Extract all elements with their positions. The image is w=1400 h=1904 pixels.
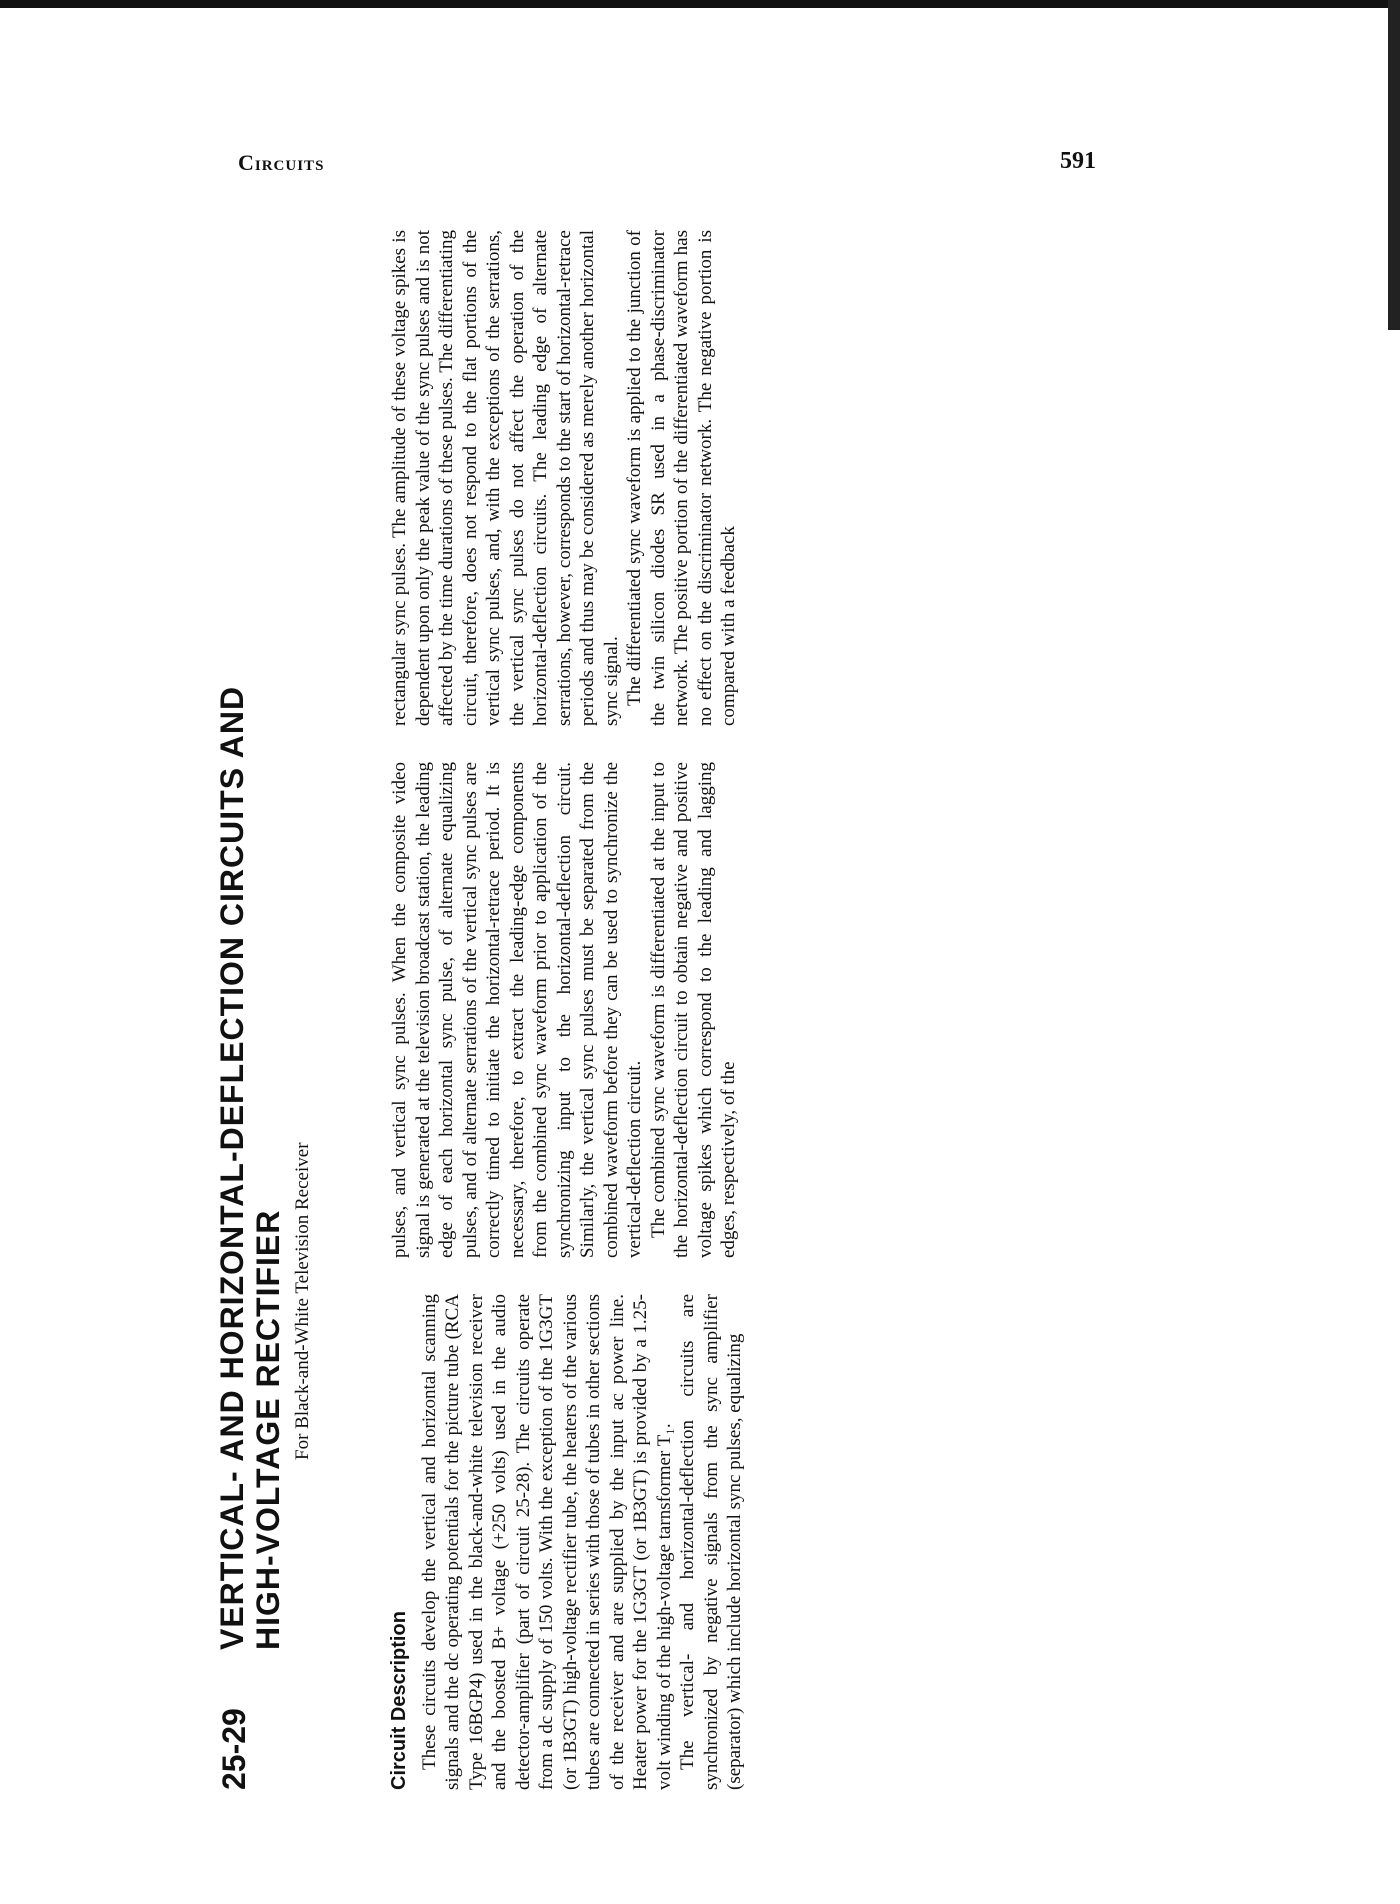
paragraph: The differentiated sync waveform is appl… xyxy=(623,230,741,726)
circuit-description-heading: Circuit Description xyxy=(388,1294,412,1790)
section-title: VERTICAL- AND HORIZONTAL-DEFLECTION CIRC… xyxy=(214,686,286,1650)
column-1: Circuit Description These circuits devel… xyxy=(388,1294,747,1790)
paragraph: pulses, and vertical sync pulses. When t… xyxy=(388,762,647,1258)
page-number: 591 xyxy=(1060,148,1096,175)
rotated-page-content: 25-29 VERTICAL- AND HORIZONTAL-DEFLECTIO… xyxy=(208,230,1108,1790)
section-subtitle: For Black-and-White Television Receiver xyxy=(292,1142,314,1460)
section-title-line2: HIGH-VOLTAGE RECTIFIER xyxy=(250,686,286,1650)
paragraph: These circuits develop the vertical and … xyxy=(418,1294,677,1790)
paragraph: The vertical- and horizontal-deflection … xyxy=(676,1294,747,1790)
column-2: pulses, and vertical sync pulses. When t… xyxy=(388,762,747,1258)
scan-edge-right xyxy=(1388,0,1400,330)
paragraph: The combined sync waveform is differenti… xyxy=(647,762,741,1258)
running-head: Circuits xyxy=(238,150,324,176)
section-title-line1: VERTICAL- AND HORIZONTAL-DEFLECTION CIRC… xyxy=(214,686,250,1650)
paragraph: rectangular sync pulses. The amplitude o… xyxy=(388,230,623,726)
text-columns: Circuit Description These circuits devel… xyxy=(388,230,747,1790)
column-3: rectangular sync pulses. The amplitude o… xyxy=(388,230,747,726)
scan-edge-top xyxy=(0,0,1400,8)
section-number: 25-29 xyxy=(216,1708,253,1790)
section-header: 25-29 VERTICAL- AND HORIZONTAL-DEFLECTIO… xyxy=(208,230,388,1790)
